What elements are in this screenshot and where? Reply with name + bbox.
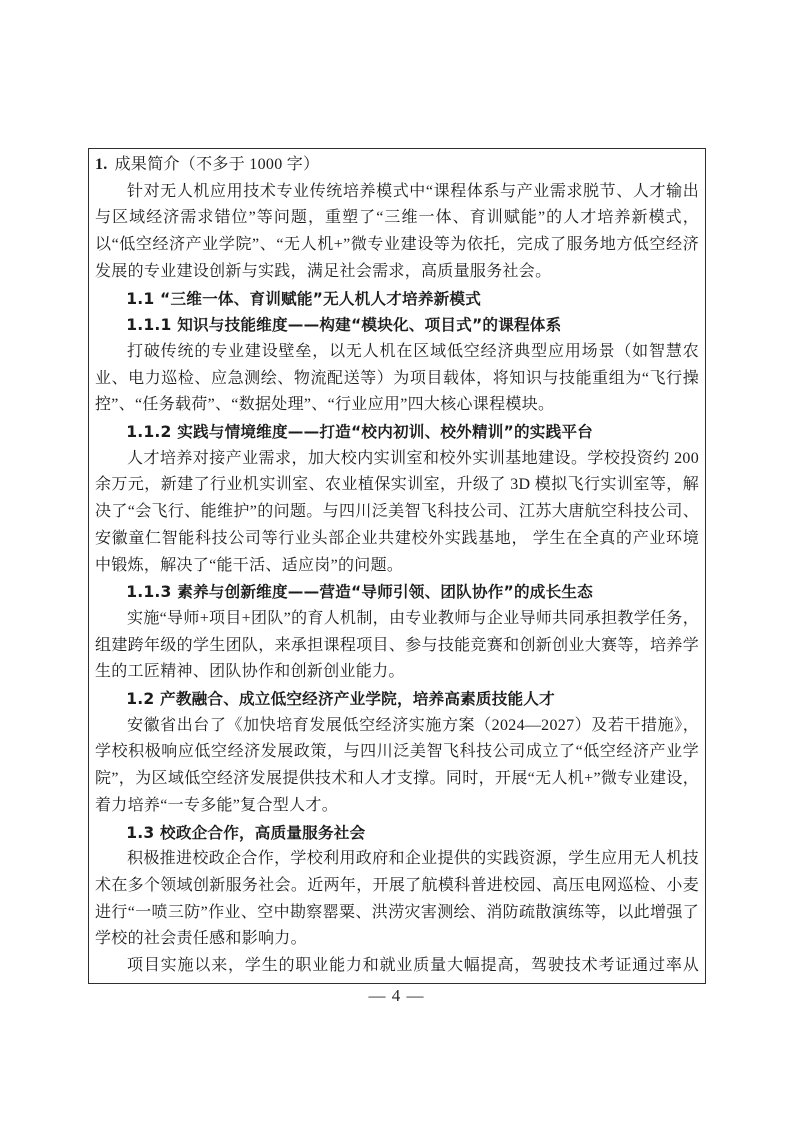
content-box: 1.成果简介（不多于 1000 字） 针对无人机应用技术专业传统培养模式中“课程… — [88, 148, 706, 984]
heading-1-1-1: 1.1.1 知识与技能维度——构建“模块化、项目式”的课程体系 — [95, 312, 699, 339]
paragraph-mentor-team: 实施“导师+项目+团队”的育人机制，由专业教师与企业导师共同承担教学任务，组建跨… — [95, 606, 699, 686]
page-number: — 4 — — [369, 986, 425, 1005]
heading-1-1-3: 1.1.3 素养与创新维度——营造“导师引领、团队协作”的成长生态 — [95, 579, 699, 606]
document-page: 1.成果简介（不多于 1000 字） 针对无人机应用技术专业传统培养模式中“课程… — [0, 0, 793, 1122]
paragraph-social-service: 积极推进校政企合作，学校利用政府和企业提供的实践资源，学生应用无人机技术在多个领… — [95, 846, 699, 953]
paragraph-outcomes: 项目实施以来，学生的职业能力和就业质量大幅提高，驾驶技术考证通过率从 68% — [95, 953, 699, 984]
paragraph-industry-college: 安徽省出台了《加快培育发展低空经济实施方案（2024—2027）及若干措施》，学… — [95, 713, 699, 820]
section-number: 1. — [95, 156, 108, 173]
heading-1-1: 1.1 “三维一体、育训赋能”无人机人才培养新模式 — [95, 286, 699, 313]
heading-1-3: 1.3 校政企合作，高质量服务社会 — [95, 820, 699, 847]
section-title-text: 成果简介（不多于 1000 字） — [115, 156, 320, 173]
paragraph-intro: 针对无人机应用技术专业传统培养模式中“课程体系与产业需求脱节、人才输出与区域经济… — [95, 179, 699, 286]
paragraph-curriculum: 打破传统的专业建设壁垒，以无人机在区域低空经济典型应用场景（如智慧农业、电力巡检… — [95, 339, 699, 419]
paragraph-practice-platform: 人才培养对接产业需求，加大校内实训室和校外实训基地建设。学校投资约 200 余万… — [95, 446, 699, 580]
heading-1-1-2: 1.1.2 实践与情境维度——打造“校内初训、校外精训”的实践平台 — [95, 419, 699, 446]
page-footer: — 4 — — [0, 986, 793, 1006]
section-title: 1.成果简介（不多于 1000 字） — [95, 152, 699, 179]
heading-1-2: 1.2 产教融合、成立低空经济产业学院，培养高素质技能人才 — [95, 686, 699, 713]
